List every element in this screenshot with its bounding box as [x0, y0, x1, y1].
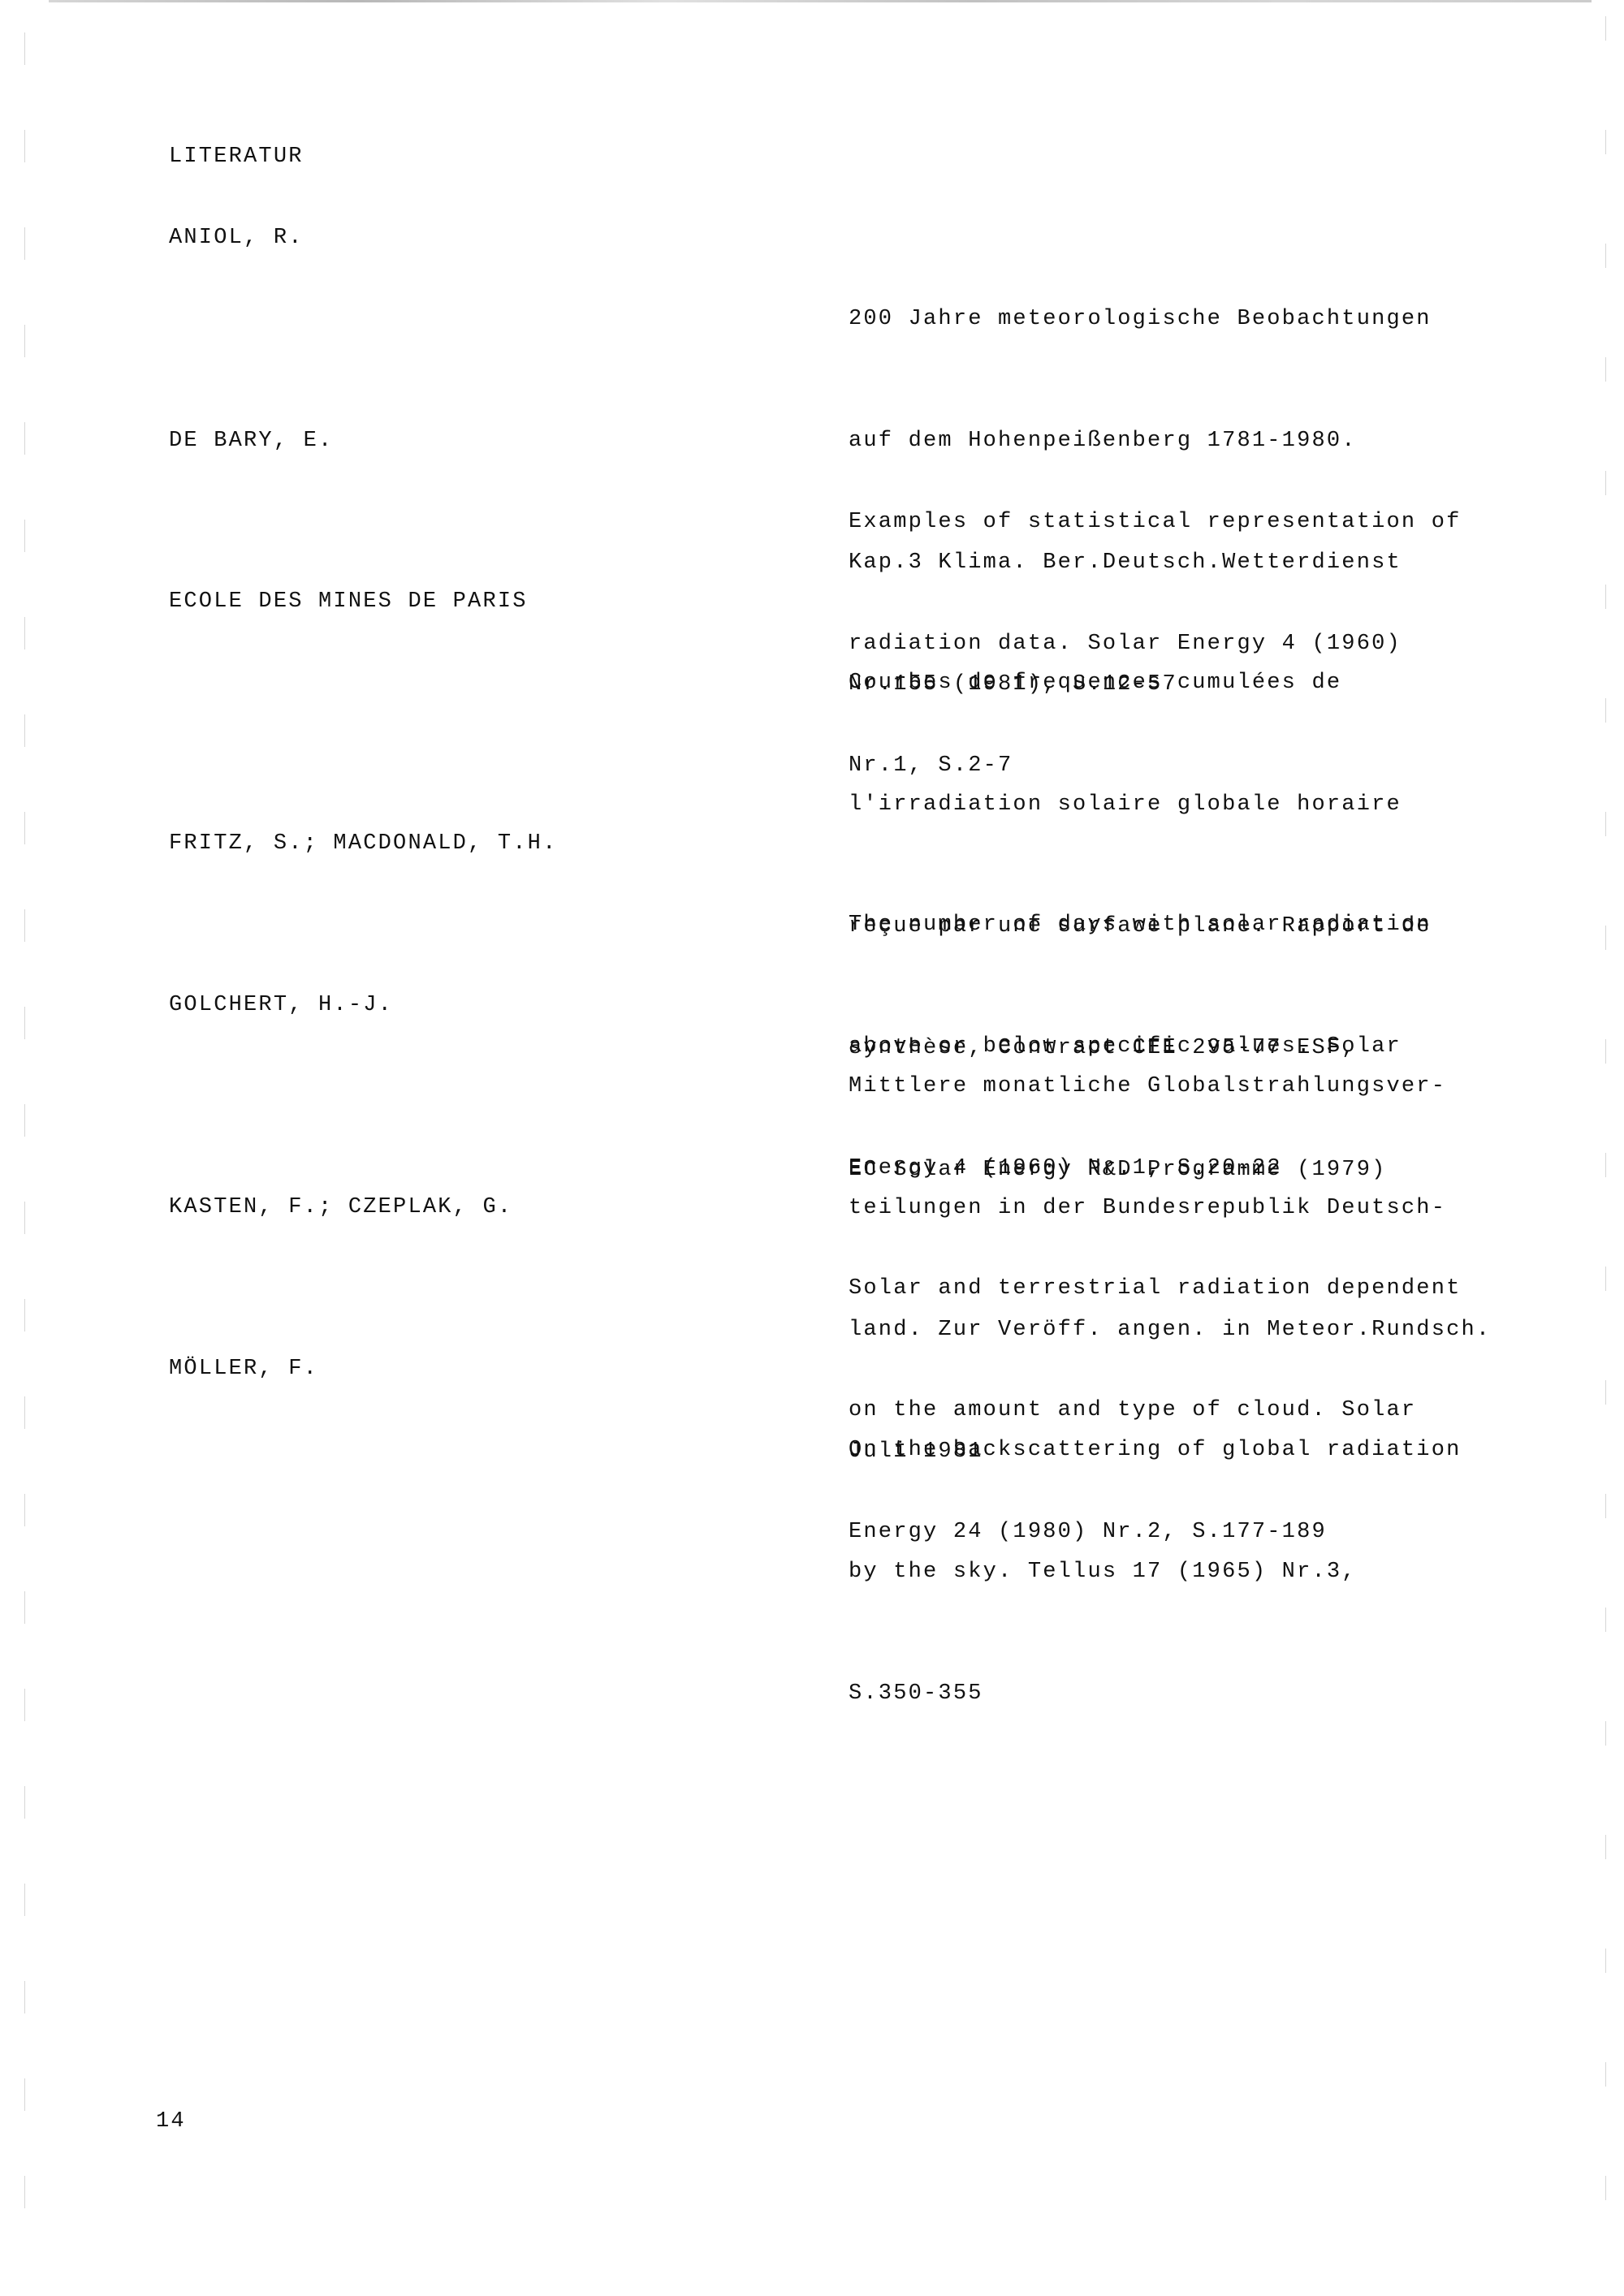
entry-author: MÖLLER, F.	[169, 1349, 318, 1389]
reference-line: l'irradiation solaire globale horaire	[849, 784, 1432, 825]
reference-line: 200 Jahre meteorologische Beobachtungen	[849, 299, 1432, 339]
entry-reference: On the backscattering of global radiatio…	[849, 1349, 1462, 1795]
reference-line: The number of days with solar radiation	[849, 904, 1432, 945]
reference-line: by the sky. Tellus 17 (1965) Nr.3,	[849, 1552, 1462, 1592]
entry-author: KASTEN, F.; CZEPLAK, G.	[169, 1187, 512, 1228]
reference-line: Examples of statistical representation o…	[849, 502, 1462, 542]
entry-author: FRITZ, S.; MACDONALD, T.H.	[169, 823, 557, 864]
page-number: 14	[156, 2101, 186, 2142]
scan-edge-top	[49, 0, 1592, 2]
reference-line: Solar and terrestrial radiation dependen…	[849, 1268, 1462, 1309]
reference-line: S.350-355	[849, 1673, 1462, 1714]
section-heading: LITERATUR	[169, 136, 304, 177]
entry-author: ECOLE DES MINES DE PARIS	[169, 581, 528, 622]
entry-author: ANIOL, R.	[169, 218, 304, 258]
entry-author: DE BARY, E.	[169, 421, 333, 461]
reference-line: On the backscattering of global radiatio…	[849, 1430, 1462, 1470]
reference-line: Mittlere monatliche Globalstrahlungsver-	[849, 1066, 1491, 1107]
entry-author: GOLCHERT, H.-J.	[169, 985, 393, 1025]
reference-line: Courbes de frequences cumulées de	[849, 662, 1432, 703]
scan-edge-left	[24, 32, 25, 2225]
scan-edge-right	[1605, 16, 1606, 2273]
